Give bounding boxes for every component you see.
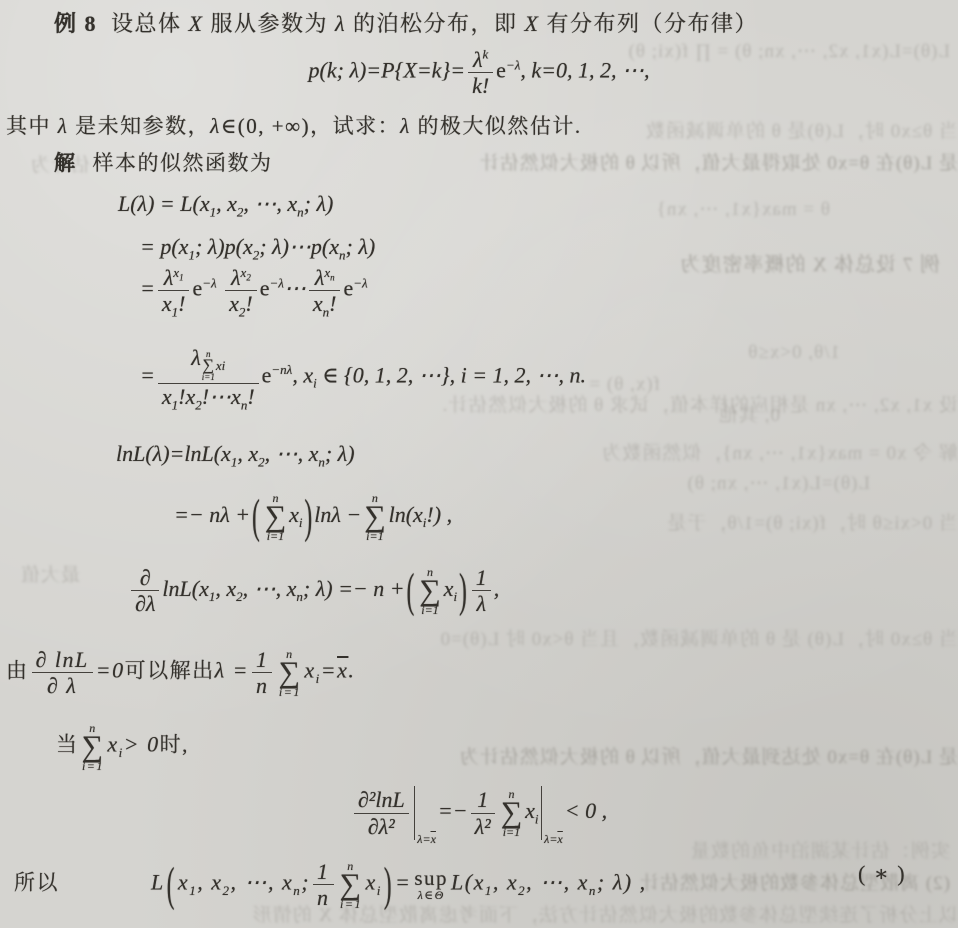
- sup-operator: supλ∈Θ: [414, 868, 448, 901]
- math-token: L(x: [451, 870, 485, 895]
- math-token: x: [304, 658, 315, 683]
- example-number: 例 8: [54, 11, 97, 36]
- math-token: ; λ) ,: [597, 870, 647, 895]
- heading-text: 的泊松分布，即: [346, 11, 525, 36]
- denominator: ∂λ: [131, 590, 159, 615]
- math-token: ln(x: [389, 502, 423, 527]
- math-token: .: [348, 658, 355, 683]
- denominator: xn!: [309, 290, 341, 315]
- math-token: , ⋯, x: [265, 441, 319, 466]
- math-token: =: [395, 870, 411, 895]
- math-token: i: [299, 515, 303, 530]
- math-token: ∈ {0, 1, 2, ⋯}, i = 1, 2, ⋯, n.: [317, 362, 586, 387]
- exponent-sum: n∑i=1xi: [201, 350, 225, 382]
- sum-symbol: n∑i=1: [501, 788, 522, 838]
- math-token: 1: [485, 883, 493, 898]
- sum-symbol: n∑i=1: [82, 722, 105, 772]
- math-token: −λ: [269, 275, 283, 290]
- math-token: k: [483, 47, 489, 62]
- example-heading: 例 8设总体 X 服从参数为 λ 的泊松分布，即 X 有分布列（分布律）: [54, 10, 758, 38]
- solution-heading: 解样本的似然函数为: [54, 150, 273, 176]
- fraction: ∂∂λ: [131, 566, 159, 615]
- numerator: 1: [313, 860, 334, 884]
- math-token: , k=0, 1, 2, ⋯,: [520, 58, 649, 83]
- vertical-rule: [414, 786, 416, 840]
- vertical-rule: [541, 786, 543, 840]
- solution-label: 解: [54, 151, 77, 175]
- math-token: =−: [438, 798, 468, 823]
- math-token: 2: [518, 883, 526, 898]
- evaluation-bar: λ=x: [414, 786, 436, 840]
- math-token: lnL(λ)=lnL(x: [116, 441, 231, 466]
- heading-text: 服从参数为: [203, 11, 335, 36]
- sum-symbol: n∑i=1: [419, 566, 440, 616]
- numerator: λxn: [309, 266, 341, 290]
- right-paren: ): [305, 493, 313, 540]
- formula-combined: =λn∑i=1xix1!x2!⋯xn!e−nλ, xi ∈ {0, 1, 2, …: [140, 346, 586, 408]
- math-token: , ⋯, x: [526, 870, 589, 895]
- formula-loglikelihood-def: lnL(λ)=lnL(x1, x2, ⋯, xn; λ): [116, 440, 355, 468]
- math-token: x: [289, 502, 299, 527]
- numerator: 1: [252, 648, 273, 672]
- left-paren: (: [407, 567, 415, 614]
- math-token: x: [216, 359, 222, 373]
- math-token: ; λ): [325, 441, 355, 466]
- numerator: 1: [472, 566, 491, 590]
- paragraph-solve: 由∂ lnL∂ λ=0可以解出λ =1nn∑i=1xi=x.: [6, 648, 355, 698]
- math-token: =− nλ +: [174, 502, 250, 527]
- denominator: n: [252, 672, 273, 697]
- paragraph-condition: 当n∑i=1xi> 0时,: [56, 722, 189, 772]
- math-token: ; λ) =− n +: [303, 576, 405, 601]
- numerator: ∂ lnL: [32, 648, 93, 672]
- math-token: x1: [173, 265, 183, 280]
- math-token: , x: [292, 362, 313, 387]
- denominator: n: [313, 884, 334, 909]
- math-token: −nλ: [271, 362, 292, 377]
- math-token: x: [444, 576, 454, 601]
- math-token: , x: [215, 576, 236, 601]
- fraction: ∂²lnL∂λ²: [354, 788, 409, 837]
- numerator: ∂²lnL: [354, 788, 409, 812]
- math-token: ;: [301, 870, 310, 895]
- fraction: 1n: [252, 648, 273, 697]
- math-token: λ: [191, 345, 201, 370]
- math-token: L(λ) = L(x: [118, 191, 210, 216]
- sum-symbol: n∑i=1: [340, 860, 363, 910]
- math-token: λ: [58, 114, 69, 138]
- math-token: , x: [197, 870, 222, 895]
- math-token: −λ: [202, 275, 216, 290]
- math-token: e: [192, 276, 202, 301]
- numerator: λk: [468, 48, 493, 72]
- evaluation-bar: λ=x: [541, 786, 563, 840]
- prose-text: 由: [6, 659, 29, 683]
- math-token: λ =: [215, 658, 249, 683]
- fraction: λn∑i=1xix1!x2!⋯xn!: [158, 346, 259, 408]
- fraction: λkk!: [468, 48, 493, 97]
- math-token: λ: [400, 114, 411, 138]
- prose-text: 样本的似然函数为: [93, 151, 273, 175]
- fraction: λx1x1!: [158, 266, 190, 315]
- math-token: p(k; λ)=P{X=k}=: [309, 58, 466, 83]
- formula-first-derivative: ∂∂λlnL(x1, x2, ⋯, xn; λ) =− n +(n∑i=1xi)…: [128, 566, 499, 616]
- math-token: λ: [315, 265, 325, 290]
- math-token: X: [525, 11, 540, 36]
- math-token: ,: [494, 576, 500, 601]
- formula-poisson-pmf: p(k; λ)=P{X=k}=λkk!e−λ, k=0, 1, 2, ⋯,: [0, 48, 958, 97]
- math-token: , x: [237, 441, 258, 466]
- math-token: λ: [210, 114, 221, 138]
- prose-text: 可以解出: [125, 659, 215, 683]
- math-token: x2: [241, 265, 251, 280]
- formula-second-derivative: ∂²lnL∂λ²λ=x=−1λ²n∑i=1xiλ=x< 0 ,: [0, 786, 958, 840]
- math-token: lnL(x: [162, 576, 208, 601]
- math-token: e: [496, 58, 506, 83]
- xbar-token: x: [337, 658, 348, 683]
- formula-loglikelihood-expanded: =− nλ +(n∑i=1xi)lnλ −n∑i=1ln(xi!) ,: [174, 492, 452, 542]
- prose-text: 的极大似然估计.: [411, 114, 582, 138]
- math-token: 1: [189, 883, 197, 898]
- math-token: =0: [96, 658, 125, 683]
- math-token: < 0 ,: [565, 798, 607, 823]
- math-token: =: [321, 658, 337, 683]
- math-token: !) ,: [426, 502, 452, 527]
- prose-text: 时,: [160, 733, 189, 757]
- textbook-page: L(θ)=L(x1, x2, ⋯, xn; θ) = ∏ f(xi; θ) 当 …: [0, 0, 958, 928]
- eval-subscript: λ=x: [544, 832, 563, 847]
- formula-product: = p(x1; λ)p(x2; λ)⋯p(xn; λ): [140, 233, 375, 261]
- math-token: , x: [216, 191, 237, 216]
- numerator: λn∑i=1xi: [158, 346, 259, 383]
- denominator: λ: [472, 590, 491, 615]
- heading-text: 有分布列（分布律）: [540, 11, 759, 36]
- math-token: n: [589, 883, 597, 898]
- denominator: ∂ λ: [32, 672, 93, 697]
- fraction: ∂ lnL∂ λ: [32, 648, 93, 697]
- math-token: ; λ): [304, 191, 334, 216]
- right-paren: ): [384, 861, 393, 908]
- prose-text: 所以: [14, 871, 59, 895]
- math-token: X: [189, 11, 204, 36]
- eval-subscript: λ=x: [417, 832, 436, 847]
- math-token: , ⋯, x: [230, 870, 293, 895]
- prose-text: ∈(0, +∞)，试求：: [221, 114, 400, 138]
- numerator: 1: [471, 788, 495, 812]
- math-token: = p(x: [140, 234, 188, 259]
- sum-symbol: n∑i=1: [202, 350, 215, 382]
- math-token: > 0: [124, 732, 160, 757]
- math-token: =: [140, 362, 155, 387]
- fraction: λxnxn!: [309, 266, 341, 315]
- denominator: x2!: [225, 290, 257, 315]
- denominator: λ²: [471, 813, 495, 838]
- math-token: λ: [231, 265, 241, 290]
- printed-content: 例 8设总体 X 服从参数为 λ 的泊松分布，即 X 有分布列（分布律） p(k…: [0, 0, 958, 928]
- math-token: −λ: [506, 57, 520, 72]
- conclusion-line: 所以L(x1, x2, ⋯, xn;1nn∑i=1xi)=supλ∈ΘL(x1,…: [0, 860, 958, 910]
- math-token: e: [343, 276, 353, 301]
- paragraph-parameter: 其中 λ 是未知参数，λ∈(0, +∞)，试求：λ 的极大似然估计.: [6, 113, 582, 139]
- heading-text: 设总体: [111, 11, 189, 36]
- prose-text: 是未知参数，: [68, 114, 210, 138]
- fraction: 1λ²: [471, 788, 495, 837]
- math-token: i: [377, 883, 382, 898]
- math-token: ⋯: [284, 276, 306, 301]
- denominator: x1!x2!⋯xn!: [158, 383, 259, 408]
- math-token: ; λ)⋯p(x: [259, 234, 339, 259]
- denominator: k!: [468, 72, 493, 97]
- math-token: λ: [335, 11, 346, 36]
- math-token: , ⋯, x: [243, 576, 297, 601]
- fraction: 1n: [313, 860, 334, 909]
- formula-product-expanded: =λx1x1!e−λ λx2x2!e−λ⋯λxnxn!e−λ: [140, 266, 368, 315]
- math-token: x: [178, 870, 189, 895]
- math-token: λ: [473, 47, 483, 72]
- denominator: x1!: [158, 290, 190, 315]
- math-token: −λ: [353, 275, 367, 290]
- fraction: 1λ: [472, 566, 491, 615]
- numerator: λx2: [225, 266, 257, 290]
- equation-star-label: ( ∗ ): [858, 860, 906, 888]
- sum-symbol: n∑i=1: [278, 648, 301, 698]
- math-token: lnλ −: [314, 502, 361, 527]
- math-token: ; λ): [346, 234, 376, 259]
- prose-text: 其中: [6, 114, 58, 138]
- math-token: ; λ)p(x: [195, 234, 253, 259]
- right-paren: ): [459, 567, 467, 614]
- math-token: e: [262, 362, 272, 387]
- left-paren: (: [252, 493, 260, 540]
- left-paren: (: [167, 861, 176, 908]
- math-token: x: [525, 798, 535, 823]
- formula-likelihood-def: L(λ) = L(x1, x2, ⋯, xn; λ): [118, 190, 333, 218]
- math-token: , x: [493, 870, 518, 895]
- math-token: =: [140, 276, 155, 301]
- math-token: xn: [324, 265, 334, 280]
- math-token: x: [365, 870, 376, 895]
- math-token: , ⋯, x: [243, 191, 297, 216]
- numerator: ∂: [131, 566, 159, 590]
- math-token: x: [107, 732, 118, 757]
- numerator: λx1: [158, 266, 190, 290]
- math-token: λ: [164, 265, 174, 290]
- math-token: i: [453, 589, 457, 604]
- sum-symbol: n∑i=1: [364, 492, 385, 542]
- denominator: ∂λ²: [354, 813, 409, 838]
- math-token: i: [535, 811, 539, 826]
- sum-symbol: n∑i=1: [265, 492, 286, 542]
- prose-text: 当: [56, 733, 79, 757]
- fraction: λx2x2!: [225, 266, 257, 315]
- math-token: L: [151, 870, 165, 895]
